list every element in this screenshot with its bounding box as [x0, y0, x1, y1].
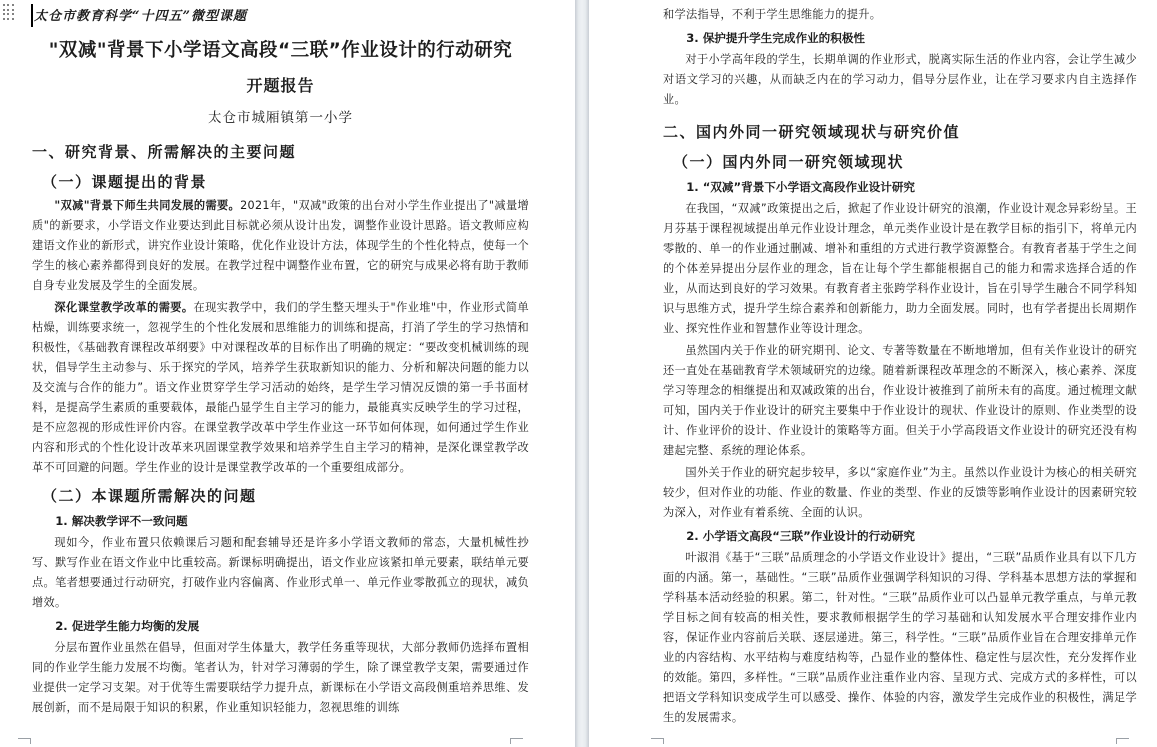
paragraph-foreign-research: 国外关于作业的研究起步较早，多以“家庭作业”为主。虽然以作业设计为核心的相关研究…	[663, 463, 1137, 523]
drag-handle-dots-icon	[2, 3, 15, 21]
paragraph-background-1: "双减"背景下师生共同发展的需要。2021年，"双减"政策的出台对小学生作业提出…	[32, 196, 529, 296]
document-subtitle: 开题报告	[32, 73, 529, 98]
course-topic-header: 太仓市教育科学“十四五”微型课题	[32, 6, 529, 28]
numbered-heading-problem-3: 3. 保护提升学生完成作业的积极性	[663, 28, 1137, 48]
paragraph-sanlian-research: 叶淑涓《基于“三联”品质理念的小学语文作业设计》提出，“三联”品质作业具有以下几…	[663, 548, 1137, 728]
paragraph-background-2: 深化课堂教学改革的需要。在现实教学中，我们的学生整天埋头于"作业堆"中，作业形式…	[32, 298, 529, 478]
text-boundary-mark-bottom-right	[1116, 738, 1129, 744]
document-page-1[interactable]: 太仓市教育科学“十四五”微型课题 "双减"背景下小学语文高段“三联”作业设计的行…	[0, 0, 575, 747]
paragraph-domestic-research-1: 在我国，“双减”政策提出之后，掀起了作业设计研究的浪潮，作业设计观念异彩纷呈。王…	[663, 199, 1137, 339]
paragraph-problem-2: 分层布置作业虽然在倡导，但面对学生体量大，教学任务重等现状，大部分教师仍选择布置…	[32, 638, 529, 718]
paragraph-problem-1: 现如今，作业布置只依赖课后习题和配套辅导还是许多小学语文教师的常态，大量机械性抄…	[32, 533, 529, 613]
text-boundary-mark-bottom-right	[510, 738, 523, 744]
paragraph-body-text: 在现实教学中，我们的学生整天埋头于"作业堆"中，作业形式简单枯燥，训练要求统一，…	[32, 301, 529, 474]
document-viewport: 太仓市教育科学“十四五”微型课题 "双减"背景下小学语文高段“三联”作业设计的行…	[0, 0, 1157, 747]
numbered-heading-problem-1: 1. 解决教学评不一致问题	[32, 511, 529, 531]
subsection-heading-1-2: （二）本课题所需解决的问题	[32, 485, 529, 508]
paragraph-problem-3: 对于小学高年段的学生，长期单调的作业形式，脱离实际生活的作业内容，会让学生减少对…	[663, 50, 1137, 110]
school-name: 太仓市城厢镇第一小学	[32, 107, 529, 130]
paragraph-lead-bold: 深化课堂教学改革的需要。	[54, 301, 193, 314]
section-heading-2: 二、国内外同一研究领域现状与研究价值	[663, 121, 1137, 144]
numbered-heading-research-2: 2. 小学语文高段“三联”作业设计的行动研究	[663, 526, 1137, 546]
page-gap	[575, 0, 589, 747]
document-title: "双减"背景下小学语文高段“三联”作业设计的行动研究	[32, 37, 529, 64]
paragraph-body-text: 2021年，"双减"政策的出台对小学生作业提出了"减量增质"的新要求，小学语文作…	[32, 199, 529, 292]
section-heading-1: 一、研究背景、所需解决的主要问题	[32, 141, 529, 164]
numbered-heading-problem-2: 2. 促进学生能力均衡的发展	[32, 616, 529, 636]
paragraph-continuation: 和学法指导，不利于学生思维能力的提升。	[663, 5, 1137, 25]
text-boundary-mark-bottom-left	[651, 738, 664, 744]
text-boundary-mark-bottom-left	[18, 738, 31, 744]
subsection-heading-2-1: （一）国内外同一研究领域现状	[663, 151, 1137, 174]
subsection-heading-1-1: （一）课题提出的背景	[32, 171, 529, 194]
numbered-heading-research-1: 1. “双减”背景下小学语文高段作业设计研究	[663, 177, 1137, 197]
paragraph-lead-bold: "双减"背景下师生共同发展的需要。	[54, 199, 240, 212]
paragraph-domestic-research-2: 虽然国内关于作业的研究期刊、论文、专著等数量在不断地增加，但有关作业设计的研究还…	[663, 341, 1137, 461]
document-page-2[interactable]: 和学法指导，不利于学生思维能力的提升。 3. 保护提升学生完成作业的积极性 对于…	[589, 0, 1157, 747]
text-cursor	[31, 4, 33, 27]
